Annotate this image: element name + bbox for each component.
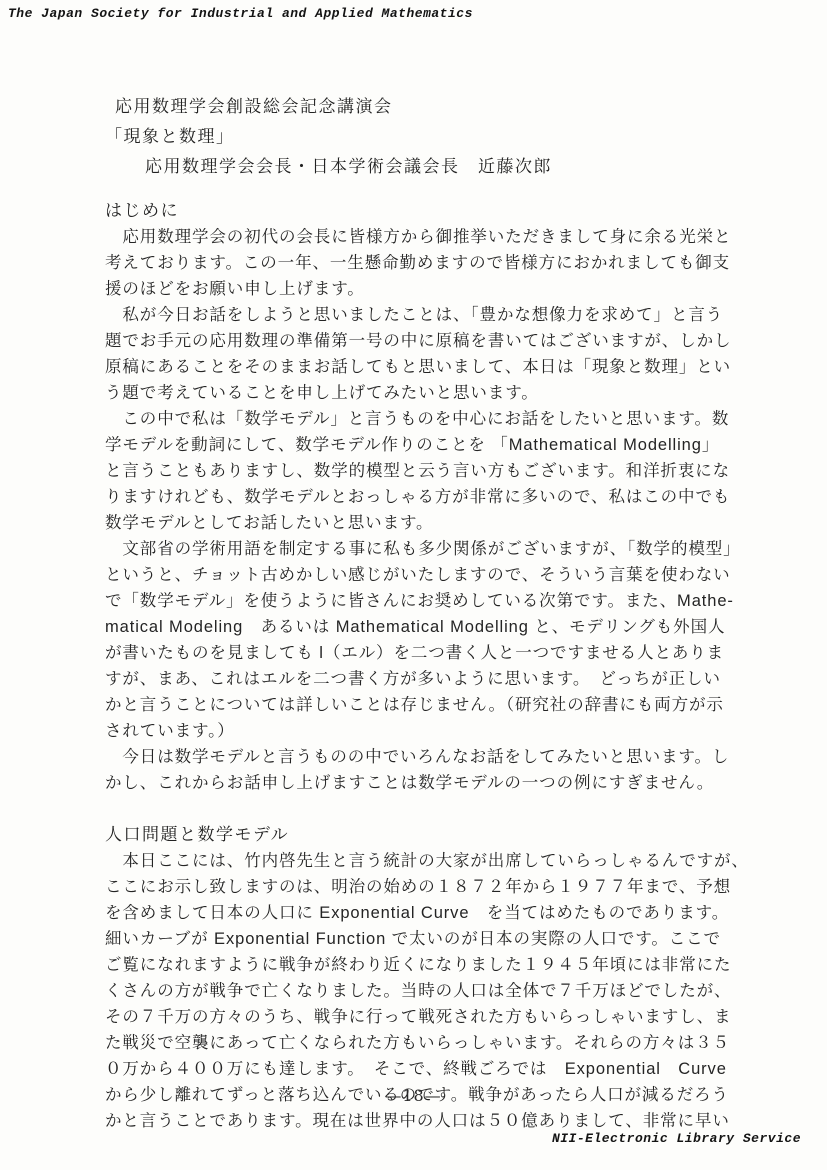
text-line: くさんの方が戦争で亡くなりました。当時の人口は全体で７千万ほどでしたが、	[105, 978, 765, 1004]
lecture-author-line: 応用数理学会会長・日本学術会議会長 近藤次郎	[105, 152, 765, 182]
text-line: 細いカーブが Exponential Function で太いのが日本の実際の人…	[105, 926, 765, 952]
text-line: matical Modeling あるいは Mathematical Model…	[105, 614, 765, 640]
text-line: 援のほどをお願い申し上げます。	[105, 276, 765, 302]
lecture-title-block: 応用数理学会創設総会記念講演会 「現象と数理」 応用数理学会会長・日本学術会議会…	[105, 92, 765, 182]
text-line: その７千万の方々のうち、戦争に行って戦死された方もいらっしゃいますし、ま	[105, 1004, 765, 1030]
text-line: というと、チョット古めかしい感じがいたしますので、そういう言葉を使わない	[105, 562, 765, 588]
text-line: 考えております。この一年、一生懸命勤めますので皆様方におかれましても御支	[105, 250, 765, 276]
section-introduction: はじめに 応用数理学会の初代の会長に皆様方から御推挙いただきまして身に余る光栄と…	[105, 198, 765, 796]
text-line: 文部省の学術用語を制定する事に私も多少関係がございますが、「数学的模型」	[105, 536, 765, 562]
text-line: 数学モデルとしてお話したいと思います。	[105, 510, 765, 536]
text-line: ご覧になれますように戦争が終わり近くになりました１９４５年頃には非常にた	[105, 952, 765, 978]
text-line: と言うこともありますし、数学的模型と云う言い方もございます。和洋折衷にな	[105, 458, 765, 484]
text-line: 本日ここには、竹内啓先生と言う統計の大家が出席していらっしゃるんですが、	[105, 848, 765, 874]
text-line: 今日は数学モデルと言うものの中でいろんなお話をしてみたいと思います。し	[105, 744, 765, 770]
text-line: で「数学モデル」を使うように皆さんにお奨めしている次第です。また、Mathe-	[105, 588, 765, 614]
text-line: 学モデルを動詞にして、数学モデル作りのことを 「Mathematical Mod…	[105, 432, 765, 458]
section-heading: はじめに	[105, 198, 765, 224]
journal-society-header: The Japan Society for Industrial and App…	[8, 6, 473, 21]
text-line: かと言うことについては詳しいことは存じません。（研究社の辞書にも両方が示	[105, 692, 765, 718]
text-line: を含めまして日本の人口に Exponential Curve を当てはめたもので…	[105, 900, 765, 926]
text-line: かし、これからお話申し上げますことは数学モデルの一つの例にすぎません。	[105, 770, 765, 796]
scanned-journal-page: The Japan Society for Industrial and App…	[0, 0, 827, 1170]
lecture-title: 「現象と数理」	[105, 122, 765, 152]
text-line: 応用数理学会の初代の会長に皆様方から御推挙いただきまして身に余る光栄と	[105, 224, 765, 250]
library-service-footer: NII-Electronic Library Service	[552, 1131, 801, 1146]
text-line: ここにお示し致しますのは、明治の始めの１８７２年から１９７７年まで、予想	[105, 874, 765, 900]
text-line: た戦災で空襲にあって亡くなられた方もいらっしゃいます。それらの方々は３５	[105, 1030, 765, 1056]
text-line: 題でお手元の応用数理の準備第一号の中に原稿を書いてはございますが、しかし	[105, 328, 765, 354]
text-line: りますけれども、数学モデルとおっしゃる方が非常に多いので、私はこの中でも	[105, 484, 765, 510]
text-line: ０万から４００万にも達します。 そこで、終戦ごろでは Exponential C…	[105, 1056, 765, 1082]
page-number: —18—	[0, 1086, 827, 1105]
text-line: が書いたものを見ましても l（エル）を二つ書く人と一つですませる人とありま	[105, 640, 765, 666]
section-heading: 人口問題と数学モデル	[105, 822, 765, 848]
text-line: 原稿にあることをそのままお話してもと思いまして、本日は「現象と数理」とい	[105, 354, 765, 380]
page-content: 応用数理学会創設総会記念講演会 「現象と数理」 応用数理学会会長・日本学術会議会…	[105, 92, 765, 1134]
lecture-event-line: 応用数理学会創設総会記念講演会	[105, 92, 765, 122]
text-line: 私が今日お話をしようと思いましたことは、「豊かな想像力を求めて」と言う	[105, 302, 765, 328]
text-line: う題で考えていることを申し上げてみたいと思います。	[105, 380, 765, 406]
text-line: されています。）	[105, 718, 765, 744]
text-line: この中で私は「数学モデル」と言うものを中心にお話をしたいと思います。数	[105, 406, 765, 432]
text-line: すが、まあ、これはエルを二つ書く方が多いように思います。 どっちが正しい	[105, 666, 765, 692]
